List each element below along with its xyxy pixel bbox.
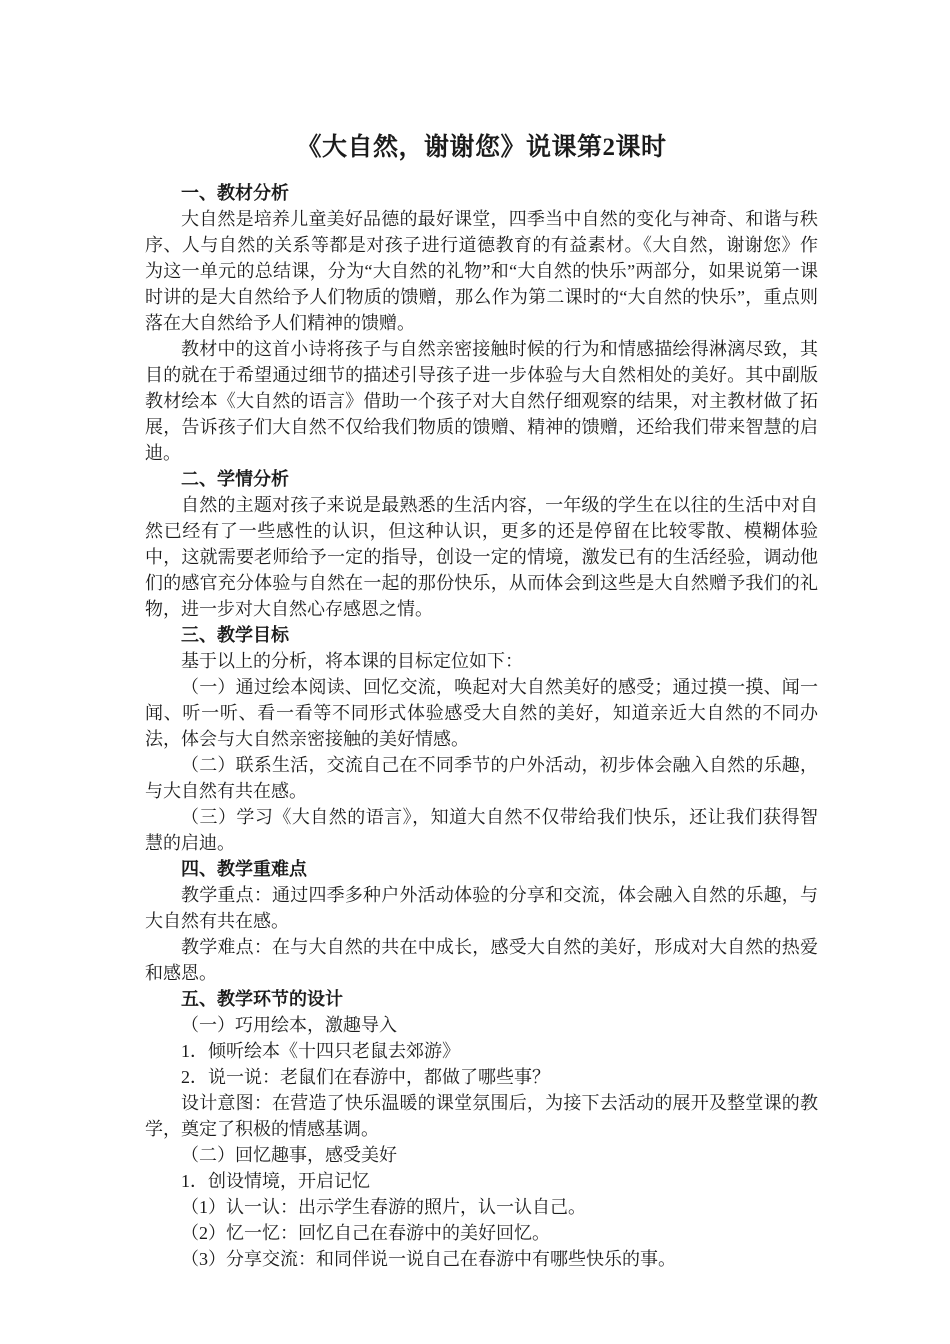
paragraph: （三）学习《大自然的语言》，知道大自然不仅带给我们快乐，还让我们获得智慧的启迪。: [145, 804, 818, 856]
paragraph: （2）忆一忆：回忆自己在春游中的美好回忆。: [145, 1220, 818, 1246]
paragraph: 自然的主题对孩子来说是最熟悉的生活内容，一年级的学生在以往的生活中对自然已经有了…: [145, 492, 818, 622]
paragraph: （二）联系生活，交流自己在不同季节的户外活动，初步体会融入自然的乐趣，与大自然有…: [145, 752, 818, 804]
paragraph: 设计意图：在营造了快乐温暖的课堂氛围后，为接下去活动的展开及整堂课的教学，奠定了…: [145, 1090, 818, 1142]
paragraph: （一）巧用绘本，激趣导入: [145, 1012, 818, 1038]
paragraph: 教学难点：在与大自然的共在中成长，感受大自然的美好，形成对大自然的热爱和感恩。: [145, 934, 818, 986]
paragraph: 教学重点：通过四季多种户外活动体验的分享和交流，体会融入自然的乐趣，与大自然有共…: [145, 882, 818, 934]
paragraph: （3）分享交流：和同伴说一说自己在春游中有哪些快乐的事。: [145, 1246, 818, 1272]
section-heading: 三、教学目标: [145, 622, 818, 648]
section-heading: 五、教学环节的设计: [145, 986, 818, 1012]
paragraph: 基于以上的分析，将本课的目标定位如下：: [145, 648, 818, 674]
paragraph: 1．创设情境，开启记忆: [145, 1168, 818, 1194]
paragraph: 2．说一说：老鼠们在春游中，都做了哪些事？: [145, 1064, 818, 1090]
section-heading: 四、教学重难点: [145, 856, 818, 882]
paragraph: 1．倾听绘本《十四只老鼠去郊游》: [145, 1038, 818, 1064]
paragraph: （一）通过绘本阅读、回忆交流，唤起对大自然美好的感受；通过摸一摸、闻一闻、听一听…: [145, 674, 818, 752]
paragraph: 大自然是培养儿童美好品德的最好课堂，四季当中自然的变化与神奇、和谐与秩序、人与自…: [145, 206, 818, 336]
document-body: 一、教材分析大自然是培养儿童美好品德的最好课堂，四季当中自然的变化与神奇、和谐与…: [145, 180, 818, 1272]
document-title: 《大自然，谢谢您》说课第2课时: [145, 130, 818, 166]
section-heading: 二、学情分析: [145, 466, 818, 492]
section-heading: 一、教材分析: [145, 180, 818, 206]
paragraph: （1）认一认：出示学生春游的照片，认一认自己。: [145, 1194, 818, 1220]
document-page: 《大自然，谢谢您》说课第2课时 一、教材分析大自然是培养儿童美好品德的最好课堂，…: [0, 0, 950, 1344]
paragraph: （二）回忆趣事，感受美好: [145, 1142, 818, 1168]
paragraph: 教材中的这首小诗将孩子与自然亲密接触时候的行为和情感描绘得淋漓尽致，其目的就在于…: [145, 336, 818, 466]
